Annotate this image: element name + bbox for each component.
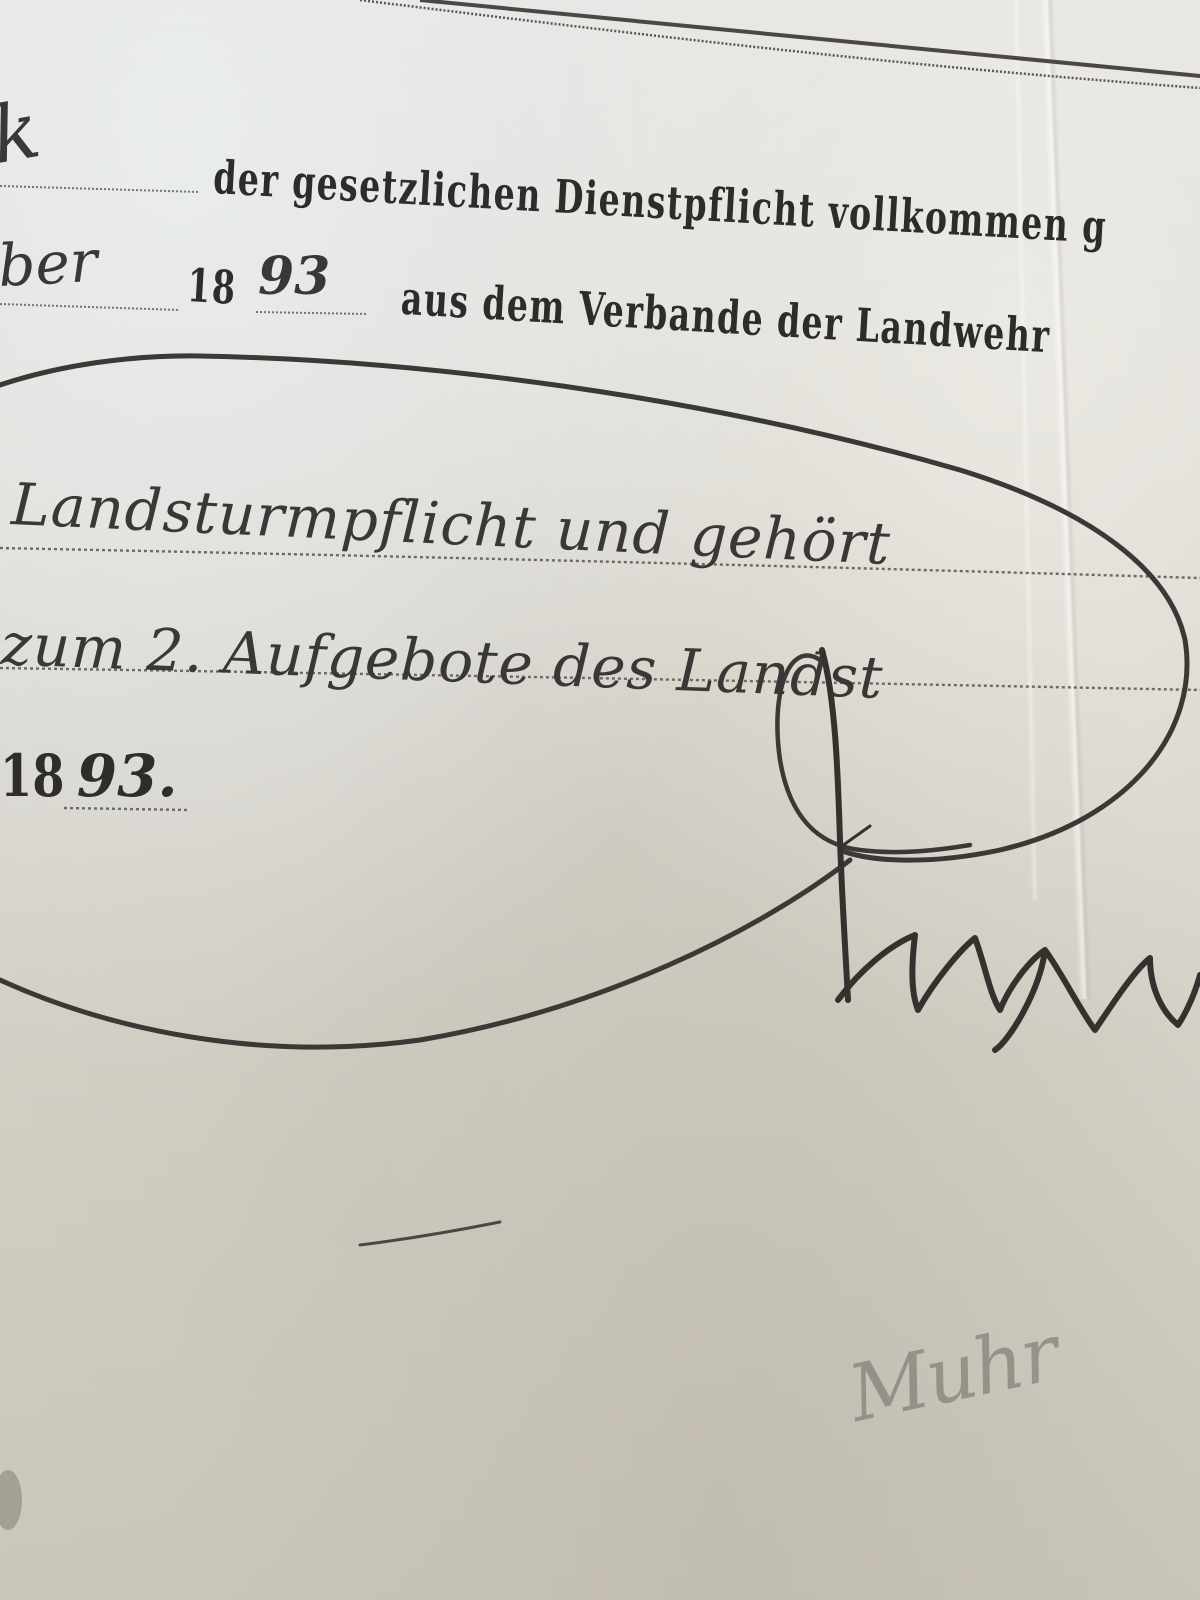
signature-flourish-lower-arc bbox=[0, 860, 850, 1047]
signature-letters bbox=[838, 935, 1200, 1050]
signature-descender bbox=[822, 650, 848, 1000]
signature-flourish-oval bbox=[0, 356, 1187, 860]
signature-loop bbox=[777, 656, 970, 853]
ink-stain bbox=[0, 1470, 22, 1530]
signature-layer bbox=[0, 0, 1200, 1600]
stray-ink-stroke bbox=[360, 1222, 500, 1245]
signature-tick bbox=[842, 826, 870, 846]
